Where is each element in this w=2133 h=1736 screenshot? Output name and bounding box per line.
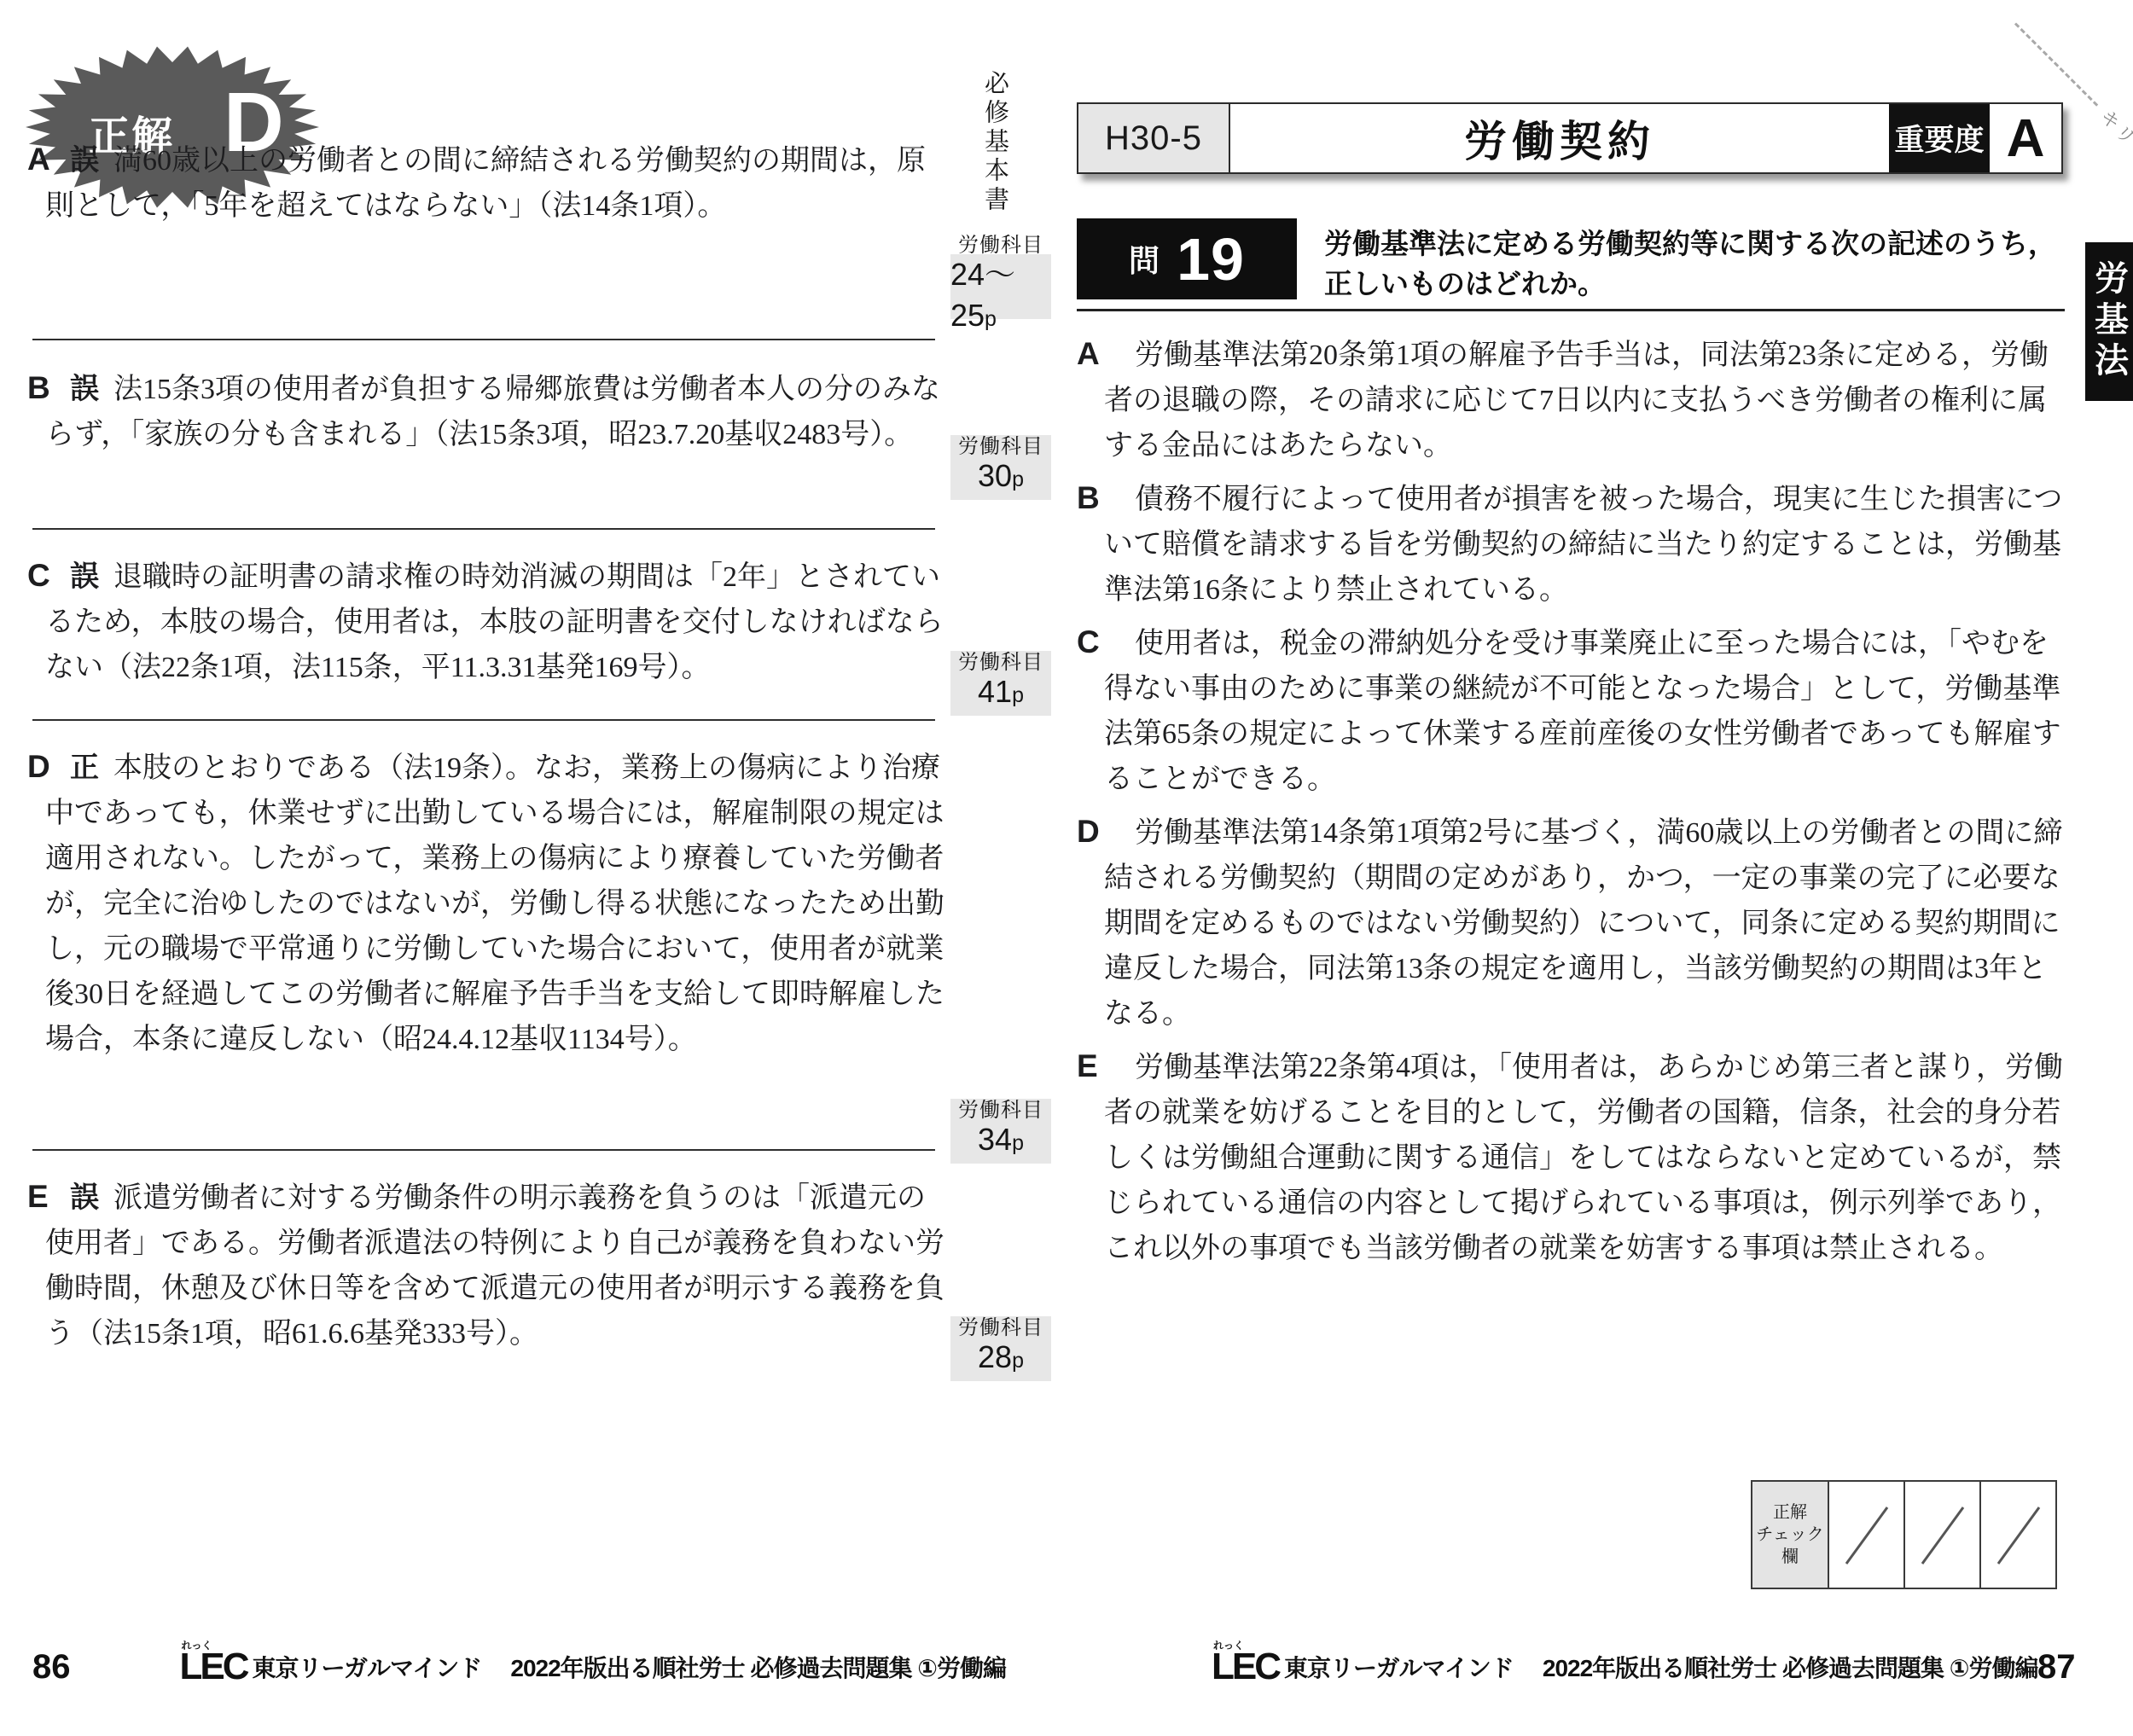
explanation-letter: D xyxy=(27,744,70,789)
option-letter: E xyxy=(1077,1043,1135,1089)
explanation-letter: C xyxy=(27,553,70,598)
explanation-b: B誤法15条3項の使用者が負担する帰郷旅費は労働者本人の分のみならず，「家族の分… xyxy=(27,365,952,457)
ref-pages: 24～25p xyxy=(950,258,1051,340)
exam-code: H30-5 xyxy=(1078,104,1230,172)
option-text: 債務不履行によって使用者が損害を被った場合，現実に生じた損害について賠償を請求す… xyxy=(1104,484,2062,606)
lec-logo: れっくLEC xyxy=(180,1646,247,1688)
chapter-tab-roukihou: 労基法 xyxy=(2085,242,2133,401)
explanation-letter: E xyxy=(27,1174,70,1219)
lec-logo-ruby: れっく xyxy=(182,1638,212,1652)
option-list: A労働基準法第20条第1項の解雇予告手当は，同法第23条に定める，労働者の退職の… xyxy=(1077,331,2065,1278)
explanation-d: D正本肢のとおりである（法19条）。なお，業務上の傷病により治療中であっても，休… xyxy=(27,744,952,1062)
option-letter: D xyxy=(1077,809,1135,854)
option-e: E労働基準法第22条第4項は，「使用者は，あらかじめ第三者と謀り，労働者の就業を… xyxy=(1077,1043,2065,1271)
book-spread: キリトリ線 正解 D A誤満60歳以上の労働者との間に締結される労働契約の期間は… xyxy=(0,0,2133,1736)
book-title: 2022年版出る順社労士 必修過去問題集 ①労働編 xyxy=(510,1650,1006,1684)
question-label: 問 xyxy=(1129,237,1159,281)
publisher-name: 東京リーガルマインド xyxy=(253,1650,482,1684)
textbook-ref-box: 労働科目 41p xyxy=(950,651,1051,716)
cut-line-dash-icon xyxy=(2014,22,2098,106)
option-d: D労働基準法第14条第1項第2号に基づく，満60歳以上の労働者との間に締結される… xyxy=(1077,809,2065,1036)
ref-label: 労働科目 xyxy=(958,651,1043,675)
explanation-letter: A xyxy=(27,136,70,182)
verdict-badge: 誤 xyxy=(70,144,99,177)
topic-title: 労働契約 xyxy=(1230,104,1889,172)
cut-line-label: キリトリ線 xyxy=(2095,103,2133,197)
ref-pages: 28p xyxy=(978,1340,1024,1381)
ref-label: 労働科目 xyxy=(958,234,1043,258)
book-title: 2022年版出る順社労士 必修過去問題集 ①労働編 xyxy=(1543,1650,2038,1684)
check-slash-icon xyxy=(1981,1482,2055,1588)
left-page-footer: 86 れっくLEC 東京リーガルマインド 2022年版出る順社労士 必修過去問題… xyxy=(32,1645,1006,1689)
option-c: C使用者は，税金の滞納処分を受け事業廃止に至った場合には，「やむを得ない事由のた… xyxy=(1077,619,2065,802)
publisher-name: 東京リーガルマインド xyxy=(1284,1650,1514,1684)
explanation-e: E誤派遣労働者に対する労働条件の明示義務を負うのは「派遣元の使用者」である。労働… xyxy=(27,1174,952,1356)
ref-pages: 41p xyxy=(978,675,1024,716)
textbook-ref-box: 労働科目 34p xyxy=(950,1099,1051,1164)
question-number-box: 問 19 xyxy=(1077,218,1297,299)
ref-label: 労働科目 xyxy=(958,435,1043,459)
option-letter: C xyxy=(1077,619,1135,665)
option-text: 労働基準法第14条第1項第2号に基づく，満60歳以上の労働者との間に締結される労… xyxy=(1104,817,2062,1030)
explanation-text: 退職時の証明書の請求権の時効消滅の期間は「2年」とされているため，本肢の場合，使… xyxy=(45,561,944,683)
textbook-ref-box: 労働科目 28p xyxy=(950,1316,1051,1381)
importance-label: 重要度 xyxy=(1889,104,1990,172)
ref-pages: 30p xyxy=(978,459,1024,500)
importance-grade: A xyxy=(1990,104,2061,172)
textbook-ref-box: 労働科目 30p xyxy=(950,435,1051,500)
section-divider xyxy=(32,339,935,340)
explanation-c: C誤退職時の証明書の請求権の時効消滅の期間は「2年」とされているため，本肢の場合… xyxy=(27,553,952,690)
option-a: A労働基準法第20条第1項の解雇予告手当は，同法第23条に定める，労働者の退職の… xyxy=(1077,331,2065,468)
lec-logo-ruby: れっく xyxy=(1213,1638,1244,1652)
ref-label: 労働科目 xyxy=(958,1099,1043,1123)
ref-label: 労働科目 xyxy=(958,1316,1043,1340)
textbook-ref-box: 労働科目 24～25p xyxy=(950,254,1051,319)
verdict-badge: 誤 xyxy=(70,373,99,405)
ref-pages: 34p xyxy=(978,1123,1024,1164)
page-number-right: 87 xyxy=(2037,1645,2076,1689)
question-number: 19 xyxy=(1177,225,1245,293)
section-divider xyxy=(32,528,935,530)
verdict-badge: 誤 xyxy=(70,560,99,593)
right-page-footer: れっくLEC 東京リーガルマインド 2022年版出る順社労士 必修過去問題集 ①… xyxy=(1212,1645,2037,1689)
margin-note-textbook: 必修基本書 xyxy=(978,70,1013,215)
option-text: 労働基準法第20条第1項の解雇予告手当は，同法第23条に定める，労働者の退職の際… xyxy=(1104,340,2049,462)
explanation-text: 派遣労働者に対する労働条件の明示義務を負うのは「派遣元の使用者」である。労働者派… xyxy=(45,1182,944,1350)
check-cell xyxy=(1905,1482,1981,1588)
question-divider xyxy=(1077,309,2065,311)
section-divider xyxy=(32,1149,935,1151)
verdict-badge: 誤 xyxy=(70,1182,99,1214)
lec-logo: れっくLEC xyxy=(1212,1646,1279,1688)
question-header-bar: H30-5 労働契約 重要度 A xyxy=(1077,102,2063,174)
option-letter: B xyxy=(1077,475,1135,520)
section-divider xyxy=(32,719,935,721)
option-text: 労働基準法第22条第4項は，「使用者は，あらかじめ第三者と謀り，労働者の就業を妨… xyxy=(1104,1052,2063,1264)
explanation-letter: B xyxy=(27,365,70,410)
answer-check-table: 正解 チェック 欄 xyxy=(1751,1480,2057,1589)
explanation-text: 本肢のとおりである（法19条）。なお，業務上の傷病により治療中であっても，休業せ… xyxy=(45,752,944,1055)
verdict-badge: 正 xyxy=(70,752,99,784)
explanation-text: 法15条3項の使用者が負担する帰郷旅費は労働者本人の分のみならず，「家族の分も含… xyxy=(45,374,940,450)
check-cell xyxy=(1829,1482,1905,1588)
check-cell xyxy=(1981,1482,2055,1588)
option-letter: A xyxy=(1077,331,1135,376)
question-text: 労働基準法に定める労働契約等に関する次の記述のうち，正しいものはどれか。 xyxy=(1324,224,2079,304)
explanation-text: 満60歳以上の労働者との間に締結される労働契約の期間は，原則として，「5年を超え… xyxy=(45,145,926,222)
option-text: 使用者は，税金の滞納処分を受け事業廃止に至った場合には，「やむを得ない事由のため… xyxy=(1104,628,2061,795)
check-slash-icon xyxy=(1829,1482,1903,1588)
page-number-left: 86 xyxy=(32,1648,71,1687)
check-slash-icon xyxy=(1905,1482,1979,1588)
check-table-header: 正解 チェック 欄 xyxy=(1752,1482,1829,1588)
explanation-a: A誤満60歳以上の労働者との間に締結される労働契約の期間は，原則として，「5年を… xyxy=(27,136,952,229)
option-b: B債務不履行によって使用者が損害を被った場合，現実に生じた損害について賠償を請求… xyxy=(1077,475,2065,613)
